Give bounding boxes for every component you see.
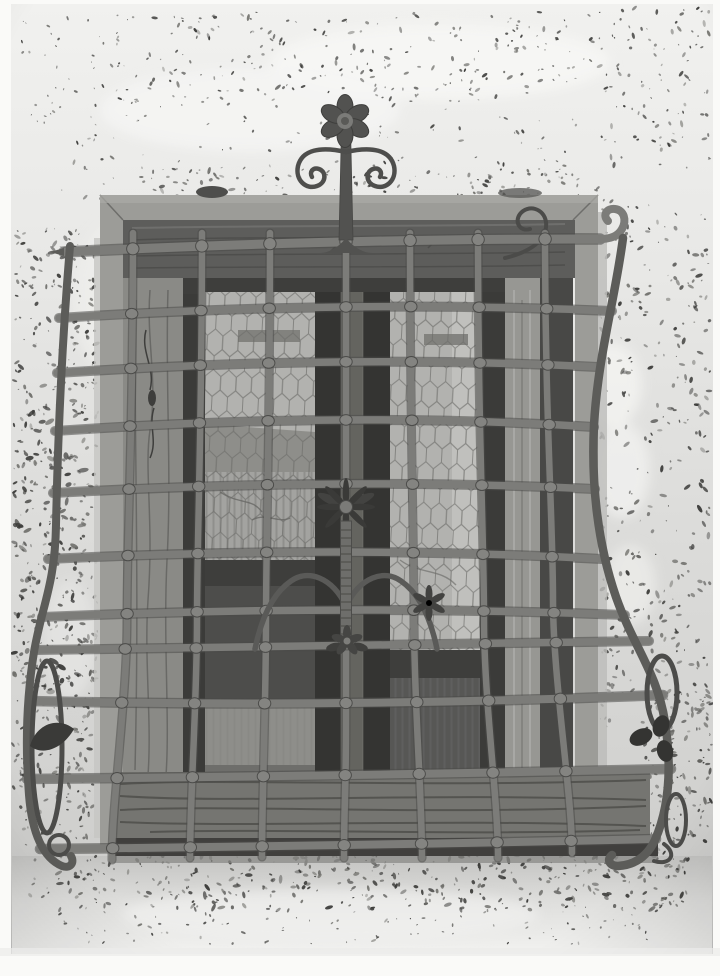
photo-vignette	[10, 3, 714, 955]
photograph: Black-and-white photograph of an ornate …	[0, 0, 720, 976]
paper-edge-soft	[0, 948, 720, 956]
photo-canvas	[0, 0, 720, 976]
